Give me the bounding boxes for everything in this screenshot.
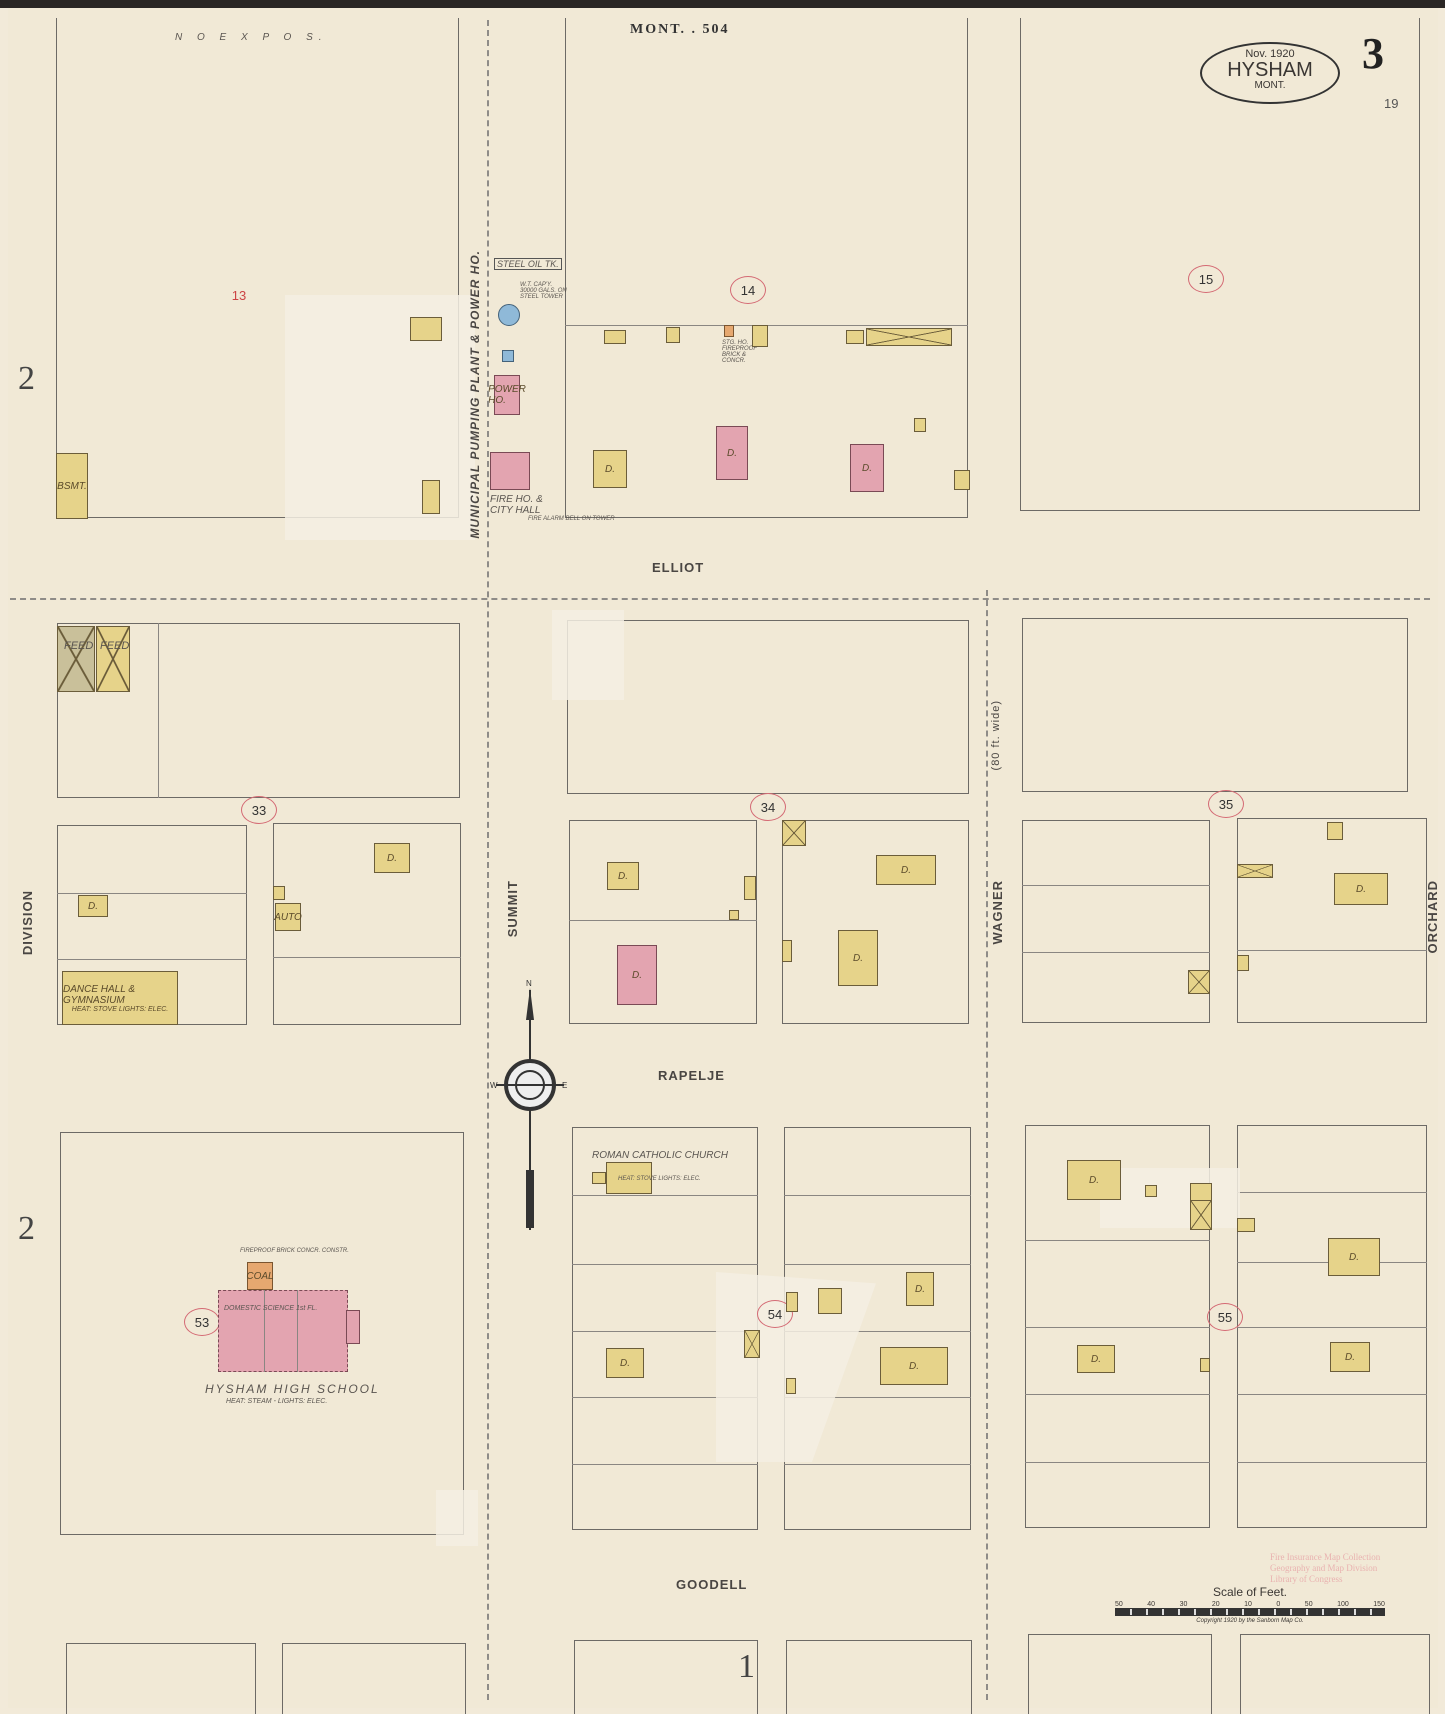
dwelling: D.: [906, 1272, 934, 1306]
paste-over-patch: [436, 1490, 478, 1546]
block-15: [1020, 18, 1420, 511]
dwelling: D.: [593, 450, 627, 488]
lot-line: [1237, 1327, 1427, 1328]
dwelling: D.: [876, 855, 936, 885]
shed: [666, 327, 680, 343]
lot-line: [784, 1464, 971, 1465]
domestic-science-label: DOMESTIC SCIENCE 1st FL.: [224, 1305, 317, 1312]
shed: [1237, 955, 1249, 971]
tick: 30: [1180, 1601, 1188, 1608]
shed: [744, 876, 756, 900]
bsmt-building: BSMT.: [56, 453, 88, 519]
street-goodell: GOODELL: [676, 1577, 747, 1592]
high-school-building: [218, 1290, 348, 1372]
lot-line: [57, 893, 247, 894]
auto-shed: [954, 470, 970, 490]
partial-block: [786, 1640, 972, 1714]
open-shed: [1237, 864, 1273, 878]
high-school-label: HYSHAM HIGH SCHOOL: [205, 1382, 380, 1396]
dwelling: D.: [1067, 1160, 1121, 1200]
sheet-ref-left-bottom: 2: [18, 1210, 35, 1248]
paste-over-patch: [1100, 1168, 1240, 1228]
shed: [422, 480, 440, 514]
lot-line: [1237, 1192, 1427, 1193]
shed: [1327, 822, 1343, 840]
compass-rose-icon: N W E: [490, 980, 570, 1240]
storage-house: [724, 325, 734, 337]
partial-block: [574, 1640, 758, 1714]
dwelling: D.: [1328, 1238, 1380, 1276]
lot-line: [572, 1264, 758, 1265]
watermark-line: Geography and Map Division: [1270, 1563, 1380, 1574]
water-tank: [498, 304, 520, 326]
dwelling: D.: [78, 895, 108, 917]
lot-line: [1025, 1394, 1210, 1395]
lot-line: [273, 957, 461, 958]
open-shed: [1188, 970, 1210, 994]
street-division: DIVISION: [20, 890, 35, 955]
watermark-line: Library of Congress: [1270, 1574, 1380, 1585]
lot-line: [1022, 952, 1210, 953]
block-number-34: 34: [750, 793, 786, 821]
block-number-55: 55: [1207, 1303, 1243, 1331]
block-number-53: 53: [184, 1308, 220, 1336]
dwelling: D.: [606, 1348, 644, 1378]
scale-ticks: 50 40 30 20 10 0 50 100 150: [1115, 1601, 1385, 1608]
dwelling-brick: D.: [617, 945, 657, 1005]
steel-oil-tank: STEEL OIL TK.: [494, 258, 562, 270]
windmill-tank: [729, 910, 739, 920]
wall: [264, 1290, 265, 1372]
fire-alarm-label: FIRE ALARM BELL ON TOWER: [528, 516, 615, 522]
church-note: HEAT: STOVE LIGHTS: ELEC.: [618, 1176, 701, 1182]
auto-shed: [752, 325, 768, 347]
copyright: Copyright 1920 by the Sanborn Map Co.: [1115, 1618, 1385, 1624]
tick: 20: [1212, 1601, 1220, 1608]
partial-block: [1028, 1634, 1212, 1714]
tick: 0: [1276, 1601, 1280, 1608]
church-porch: [592, 1172, 606, 1184]
lot-line: [1237, 950, 1427, 951]
street-edge-wagner: [986, 590, 988, 1700]
top-edge: [0, 0, 1445, 8]
open-shed: [744, 1330, 760, 1358]
block-35-se: [1237, 818, 1427, 1023]
lot-line: [1022, 885, 1210, 886]
feed-label-1: FEED: [64, 640, 93, 652]
storage-shed: [1145, 1185, 1157, 1197]
watermark-line: Fire Insurance Map Collection: [1270, 1552, 1380, 1563]
block-14: [565, 18, 968, 518]
tick: 150: [1373, 1601, 1385, 1608]
high-school-note: HEAT: STEAM - LIGHTS: ELEC.: [226, 1398, 327, 1405]
open-shed: [782, 820, 806, 846]
wagner-width-note: (80 ft. wide): [990, 700, 1002, 770]
dwelling: D.: [1077, 1345, 1115, 1373]
lot-line: [158, 623, 159, 798]
partial-block: [282, 1643, 466, 1714]
partial-block: [1240, 1634, 1430, 1714]
dwelling: D.: [374, 843, 410, 873]
block-33-se: [273, 823, 461, 1025]
lot-line: [1025, 1327, 1210, 1328]
shed: [786, 1292, 798, 1312]
feed-shed-2: [96, 626, 130, 692]
school-wing: [346, 1310, 360, 1344]
pumping-plant-label: MUNICIPAL PUMPING PLANT & POWER HO.: [468, 250, 482, 539]
wall: [297, 1290, 298, 1372]
block-35-north: [1022, 618, 1408, 792]
scale-bar: [1115, 1608, 1385, 1616]
lot-line: [1025, 1240, 1210, 1241]
coal-note: FIREPROOF BRICK CONCR. CONSTR.: [240, 1248, 349, 1254]
power-house: POWER HO.: [494, 375, 520, 415]
open-shed: [866, 328, 952, 346]
tick: 50: [1305, 1601, 1313, 1608]
dwelling: D.: [1334, 873, 1388, 905]
dwelling: D.: [1330, 1342, 1370, 1372]
compass-w: W: [490, 1081, 498, 1090]
auto-shed: AUTO: [275, 903, 301, 931]
open-shed: [1190, 1200, 1212, 1230]
dwelling: D.: [607, 862, 639, 890]
block-number-35: 35: [1208, 790, 1244, 818]
scale-caption: Scale of Feet.: [1115, 1585, 1385, 1599]
lot-line: [1237, 1394, 1427, 1395]
street-orchard: ORCHARD: [1425, 880, 1440, 953]
tick: 40: [1147, 1601, 1155, 1608]
block-35-sw: [1022, 820, 1210, 1023]
street-edge-summit: [487, 20, 489, 1700]
lot-line: [57, 959, 247, 960]
shed: [604, 330, 626, 344]
shed: [1237, 1218, 1255, 1232]
block-34-sw: [569, 820, 757, 1024]
compass-e: E: [562, 1081, 567, 1090]
tick: 50: [1115, 1601, 1123, 1608]
block-34-north: [567, 620, 969, 794]
street-elliot: ELLIOT: [652, 560, 704, 575]
street-rapelje: RAPELJE: [658, 1068, 725, 1083]
paste-over-patch: [552, 610, 624, 700]
auto-shed: [818, 1288, 842, 1314]
fire-hall-label: FIRE HO. & CITY HALL: [490, 494, 550, 516]
shed: [914, 418, 926, 432]
street-wagner: WAGNER: [990, 880, 1005, 945]
fire-hall-building: [490, 452, 530, 490]
feed-label-2: FEED: [100, 640, 129, 652]
scale-of-feet: Scale of Feet. 50 40 30 20 10 0 50 100 1…: [1115, 1585, 1385, 1624]
lot-line: [572, 1195, 758, 1196]
lot-line: [572, 1464, 758, 1465]
auto-garage: [410, 317, 442, 341]
street-summit: SUMMIT: [505, 880, 520, 937]
street-edge: [10, 598, 1430, 600]
block-34-se: [782, 820, 969, 1024]
tick: 100: [1337, 1601, 1349, 1608]
paste-over-patch: [285, 295, 475, 540]
lot-line: [1237, 1462, 1427, 1463]
shed: [786, 1378, 796, 1394]
dwelling: D.: [880, 1347, 948, 1385]
dwelling-brick: D.: [850, 444, 884, 492]
lot-line: [784, 1264, 971, 1265]
compass-n: N: [526, 980, 532, 988]
dance-hall-label: DANCE HALL & GYMNASIUM: [63, 984, 177, 1006]
dance-hall-note: HEAT: STOVE LIGHTS: ELEC.: [72, 1006, 168, 1013]
lot-line: [1025, 1462, 1210, 1463]
sheet-ref-left-top: 2: [18, 360, 35, 398]
shed: [1190, 1183, 1212, 1201]
shed: [782, 940, 792, 962]
pump-pit: [502, 350, 514, 362]
block-number-13: 13: [222, 282, 256, 308]
block-number-15: 15: [1188, 265, 1224, 293]
church-title: ROMAN CATHOLIC CHURCH: [592, 1150, 728, 1161]
shed: [1200, 1358, 1210, 1372]
lot-line: [784, 1195, 971, 1196]
tick: 10: [1244, 1601, 1252, 1608]
dance-hall: DANCE HALL & GYMNASIUM HEAT: STOVE LIGHT…: [62, 971, 178, 1025]
shed: [273, 886, 285, 900]
partial-block: [66, 1643, 256, 1714]
dwelling-brick: D.: [716, 426, 748, 480]
shed: [846, 330, 864, 344]
block-number-33: 33: [241, 796, 277, 824]
water-tank-label: W.T. CAP'Y. 30000 GALS. ON STEEL TOWER: [520, 282, 570, 300]
dwelling: D.: [838, 930, 878, 986]
loc-watermark: Fire Insurance Map Collection Geography …: [1270, 1552, 1380, 1585]
block-number-14: 14: [730, 276, 766, 304]
feed-shed-1: [57, 626, 95, 692]
lot-line: [569, 920, 757, 921]
coal-shed: COAL: [247, 1262, 273, 1290]
